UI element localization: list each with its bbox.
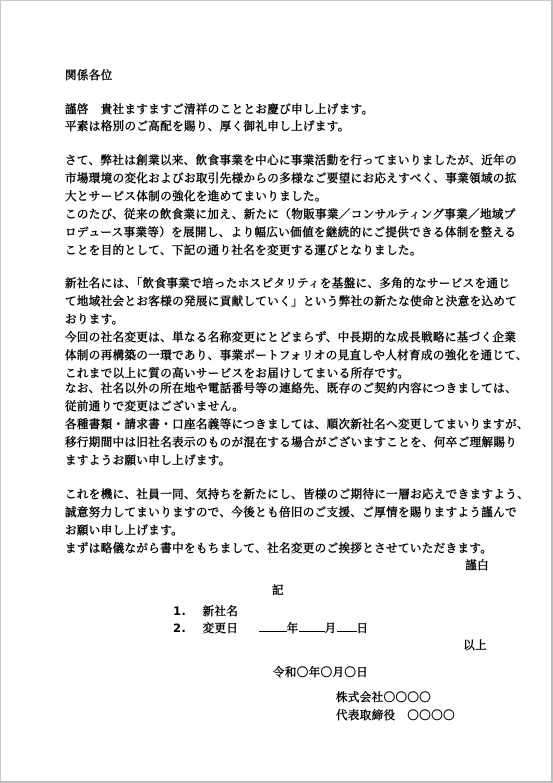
month-blank <box>299 621 325 632</box>
paragraph3-line: 移行期間中は旧社名表示のものが混在する場合がございますことを、何卒ご理解賜り <box>65 435 517 449</box>
ijo: 以上 <box>463 638 487 652</box>
item-label: 新社名 <box>203 604 239 618</box>
company-name: 株式会社〇〇〇〇 <box>336 690 431 704</box>
paragraph4-line: まずは略儀ながら書中をもちまして、社名変更のご挨拶とさせていただきます。 <box>65 541 492 555</box>
greeting-line-2: 平素は格別のご高配を賜り、厚く御礼申し上げます。 <box>65 119 350 133</box>
representative: 代表取締役 〇〇〇〇 <box>336 708 455 722</box>
greeting-line-1: 謹啓 貴社ますますご清祥のこととお慶び申し上げます。 <box>65 102 373 116</box>
letter-page: 関係各位 謹啓 貴社ますますご清祥のこととお慶び申し上げます。 平素は格別のご高… <box>0 0 553 783</box>
paragraph1-line: ことを目的として、下記の通り社名を変更する運びとなりました。 <box>65 243 422 257</box>
paragraph2-line: 体制の再構築の一環であり、事業ポートフォリオの見直しや人材育成の強化を通じて、 <box>65 348 528 362</box>
paragraph3-line: ますようお願い申し上げます。 <box>65 453 231 467</box>
paragraph2-line: 新社名には、「飲食事業で培ったホスピタリティを基盤に、多角的なサービスを通じ <box>65 276 510 290</box>
paragraph2-line: 今回の社名変更は、単なる名称変更にとどまらず、中長期的な成長戦略に基づく企業 <box>65 330 516 344</box>
paragraph3-line: 各種書類・請求書・口座名義等につきましては、順次新社名へ変更してまいりますが、 <box>65 417 529 431</box>
item-1: 1. 新社名 <box>173 604 238 618</box>
paragraph4-line: これを機に、社員一同、気持ちを新たにし、皆様のご期待に一層お応えできますよう、 <box>65 487 529 501</box>
paragraph1-line: このたび、従来の飲食業に加え、新たに（物販事業／コンサルティング事業／地域プ <box>65 207 516 221</box>
paragraph2-line: おります。 <box>65 312 124 326</box>
month-suffix: 月 <box>325 621 337 635</box>
day-suffix: 日 <box>357 621 369 635</box>
paragraph4-line: お願い申し上げます。 <box>65 523 183 537</box>
paragraph2-line: て地域社会とお客様の発展に貢献していく」という弊社の新たな使命と決意を込めて <box>65 294 517 308</box>
paragraph3-line: なお、社名以外の所在地や電話番号等の連絡先、既存のご契約内容につきましては、 <box>65 381 517 395</box>
paragraph1-line: さて、弊社は創業以来、飲食事業を中心に事業活動を行ってまいりましたが、近年の <box>65 153 517 167</box>
closing-keihaku: 謹白 <box>465 558 489 572</box>
item-2: 2. 変更日 年月日 <box>173 621 368 635</box>
paragraph4-line: 誠意努力してまいりますので、今後とも倍旧のご支援、ご厚情を賜りますよう謹んで <box>65 505 517 519</box>
paragraph3-line: 従前通りで変更はございません。 <box>65 399 244 413</box>
paragraph1-line: 市場環境の変化およびお取引先様からの多様なご要望にお応えすべく、事業領域の拡 <box>65 171 517 185</box>
item-label: 変更日 <box>203 621 239 635</box>
item-number: 1. <box>173 604 186 618</box>
item-number: 2. <box>173 621 186 635</box>
day-blank <box>337 621 357 632</box>
addressee: 関係各位 <box>65 68 113 82</box>
paragraph2-line: これまで以上に質の高いサービスをお届けしてまいる所存です。 <box>65 366 409 380</box>
year-suffix: 年 <box>287 621 299 635</box>
paragraph1-line: 大とサービス体制の強化を進めてまいりました。 <box>65 189 327 203</box>
issue-date: 令和〇年〇月〇日 <box>273 665 368 679</box>
ki-heading: 記 <box>272 583 284 597</box>
paragraph1-line: ロデュース事業等）を展開し、より幅広い価値を継続的にご提供できる体制を整える <box>65 225 516 239</box>
year-blank <box>259 621 287 632</box>
